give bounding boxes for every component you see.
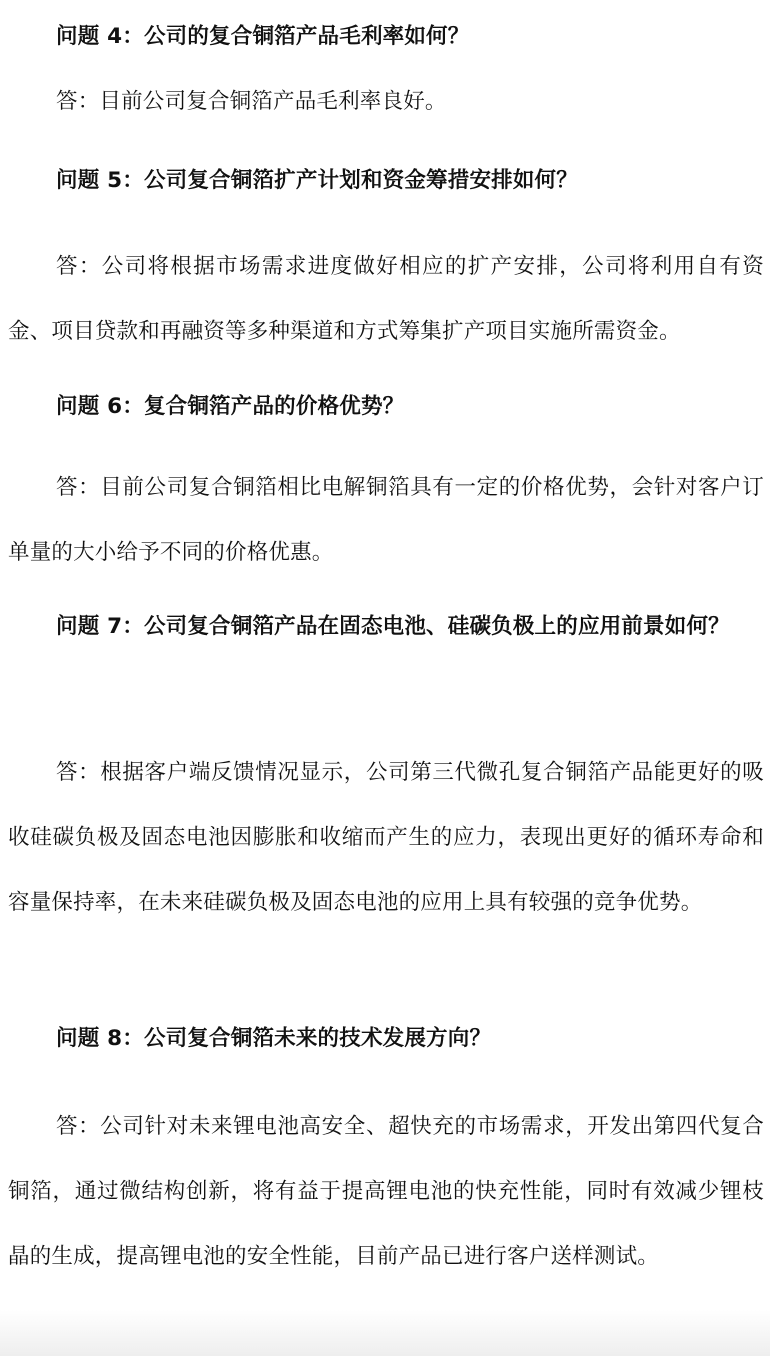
question-6: 问题 6：复合铜箔产品的价格优势？ xyxy=(8,374,764,439)
question-7: 问题 7：公司复合铜箔产品在固态电池、硅碳负极上的应用前景如何？ xyxy=(8,594,764,659)
answer-8: 答：公司针对未来锂电池高安全、超快充的市场需求，开发出第四代复合铜箔，通过微结构… xyxy=(8,1094,764,1289)
question-4: 问题 4：公司的复合铜箔产品毛利率如何？ xyxy=(8,4,764,69)
document-page: 问题 4：公司的复合铜箔产品毛利率如何？ 答：目前公司复合铜箔产品毛利率良好。 … xyxy=(0,0,770,1356)
question-8: 问题 8：公司复合铜箔未来的技术发展方向？ xyxy=(8,1006,764,1071)
question-5: 问题 5：公司复合铜箔扩产计划和资金筹措安排如何？ xyxy=(8,148,764,213)
answer-4: 答：目前公司复合铜箔产品毛利率良好。 xyxy=(8,69,764,134)
answer-7: 答：根据客户端反馈情况显示，公司第三代微孔复合铜箔产品能更好的吸收硅碳负极及固态… xyxy=(8,740,764,935)
answer-6: 答：目前公司复合铜箔相比电解铜箔具有一定的价格优势，会针对客户订单量的大小给予不… xyxy=(8,455,764,585)
answer-5: 答：公司将根据市场需求进度做好相应的扩产安排，公司将利用自有资金、项目贷款和再融… xyxy=(8,234,764,364)
